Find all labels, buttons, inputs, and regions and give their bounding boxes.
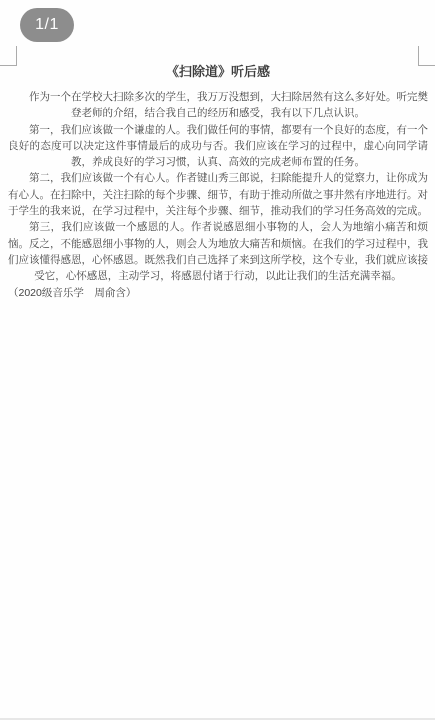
paragraph-point-1: 第一，我们应该做一个谦虚的人。我们做任何的事情，都要有一个良好的态度，有一个良好…: [8, 122, 428, 171]
document-title: 《扫除道》听后感: [8, 62, 428, 82]
paragraph-intro: 作为一个在学校大扫除多次的学生，我万万没想到，大扫除居然有这么多好处。听完樊登老…: [8, 89, 428, 122]
document-content: 《扫除道》听后感 作为一个在学校大扫除多次的学生，我万万没想到，大扫除居然有这么…: [8, 62, 428, 301]
paragraph-point-3: 第三，我们应该做一个感恩的人。作者说感恩细小事物的人，会人为地缩小痛苦和烦恼。反…: [8, 219, 428, 284]
document-viewer: 1/1 《扫除道》听后感 作为一个在学校大扫除多次的学生，我万万没想到，大扫除居…: [0, 0, 435, 720]
page-indicator-badge: 1/1: [20, 8, 74, 42]
page-indicator-label: 1/1: [35, 16, 59, 34]
document-page[interactable]: 《扫除道》听后感 作为一个在学校大扫除多次的学生，我万万没想到，大扫除居然有这么…: [0, 0, 435, 720]
signature-line: （2020级音乐学 周俞含）: [8, 285, 428, 301]
paragraph-point-2: 第二，我们应该做一个有心人。作者键山秀三郎说，扫除能提升人的觉察力，让你成为有心…: [8, 170, 428, 219]
